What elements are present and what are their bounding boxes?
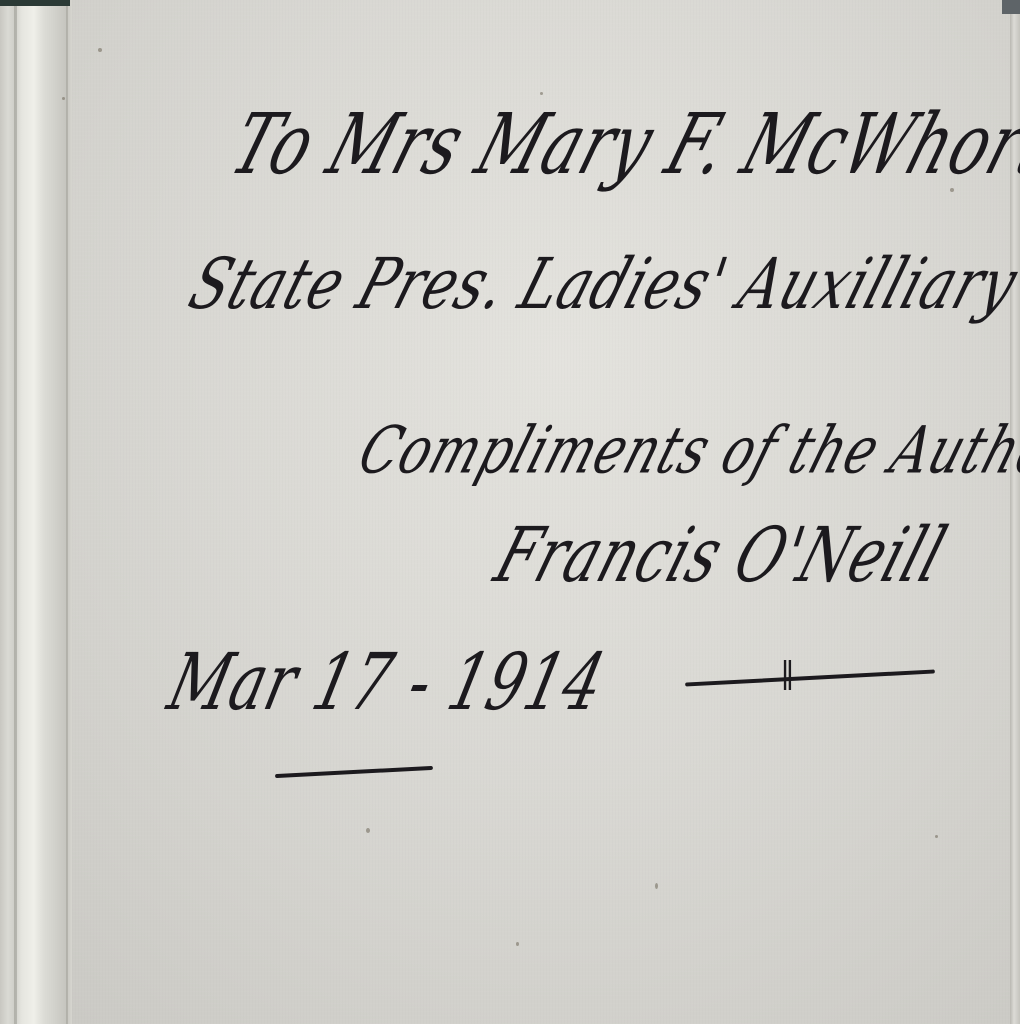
- inscription-compliments: Compliments of the Author: [350, 413, 1020, 488]
- inscription-recipient-title: State Pres. Ladies' Auxilliary A.O.H.: [180, 243, 1020, 325]
- paper-speck: [366, 828, 370, 833]
- book-binding-hinge: [0, 0, 72, 1024]
- paper-speck: [935, 835, 938, 838]
- author-signature: Francis O'Neill: [485, 512, 957, 600]
- date-underline: [275, 766, 433, 778]
- inscription-date: Mar 17 - 1914: [160, 636, 614, 728]
- cover-edge: [0, 0, 70, 6]
- rule-tick-marks: ‖: [780, 656, 795, 691]
- inscription-recipient: To Mrs Mary F. McWhorter: [220, 94, 1020, 193]
- background-corner: [1002, 0, 1020, 14]
- paper-speck: [62, 97, 65, 100]
- book-endpaper-photo: To Mrs Mary F. McWhorter State Pres. Lad…: [0, 0, 1020, 1024]
- binding-crease: [14, 0, 17, 1024]
- paper-speck: [516, 942, 519, 946]
- closing-rule: [685, 669, 935, 686]
- paper-speck: [655, 883, 658, 889]
- binding-crease: [66, 0, 68, 1024]
- paper-speck: [98, 48, 102, 52]
